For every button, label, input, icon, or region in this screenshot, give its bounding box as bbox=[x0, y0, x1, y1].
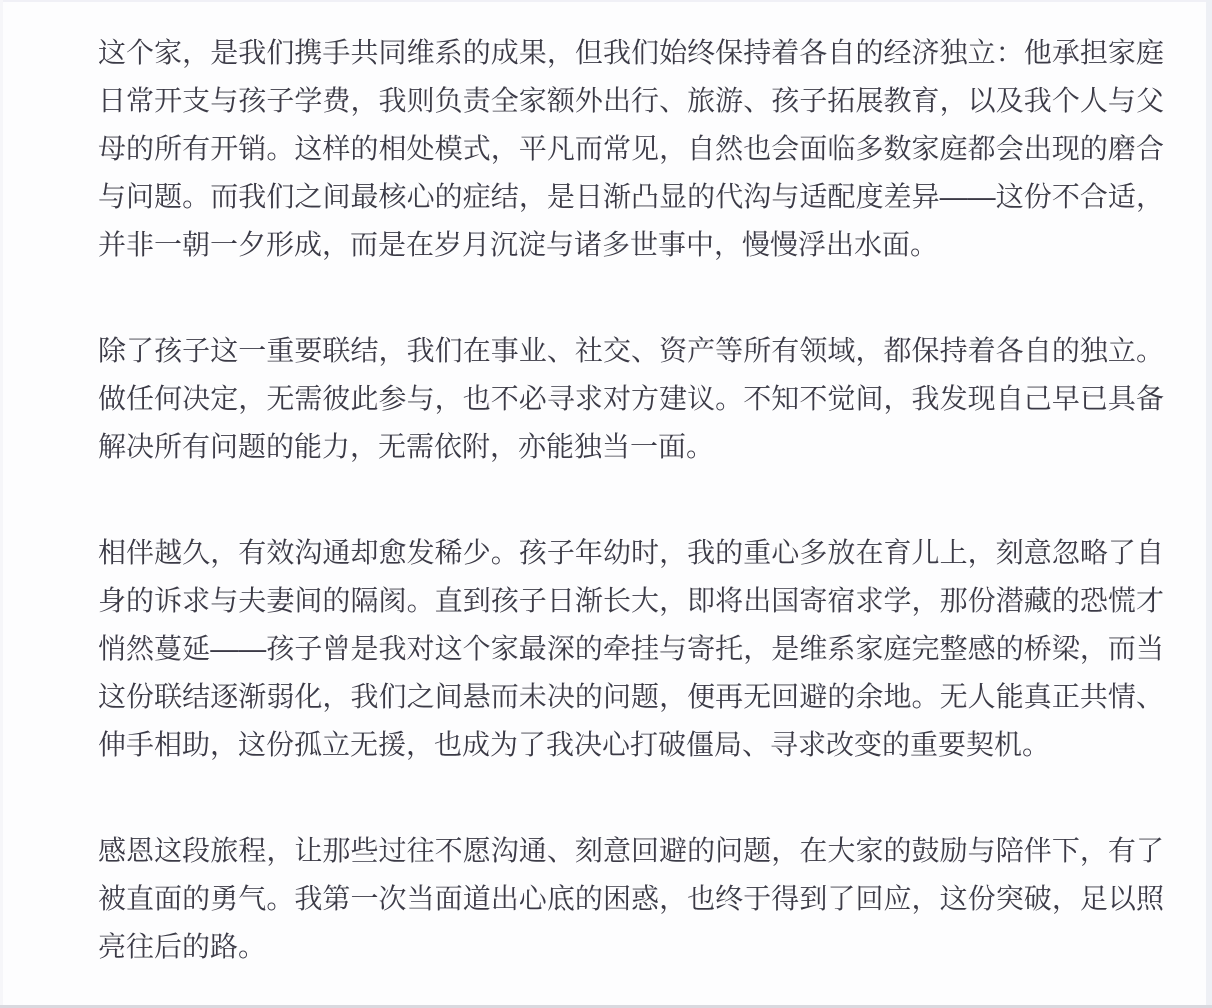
paragraph-gratitude: 感恩这段旅程，让那些过往不愿沟通、刻意回避的问题，在大家的鼓励与陪伴下，有了被直… bbox=[98, 827, 1164, 971]
paragraph-independence: 除了孩子这一重要联结，我们在事业、社交、资产等所有领域，都保持着各自的独立。做任… bbox=[98, 327, 1164, 471]
document-page: 这个家，是我们携手共同维系的成果，但我们始终保持着各自的经济独立：他承担家庭日常… bbox=[0, 0, 1212, 1008]
article-body: 这个家，是我们携手共同维系的成果，但我们始终保持着各自的经济独立：他承担家庭日常… bbox=[98, 29, 1164, 971]
page-right-edge bbox=[1206, 0, 1212, 1008]
paragraph-family-finances: 这个家，是我们携手共同维系的成果，但我们始终保持着各自的经济独立：他承担家庭日常… bbox=[98, 29, 1164, 269]
paragraph-communication: 相伴越久，有效沟通却愈发稀少。孩子年幼时，我的重心多放在育儿上，刻意忽略了自身的… bbox=[98, 529, 1164, 769]
page-left-edge bbox=[0, 0, 3, 1008]
page-top-edge bbox=[0, 0, 1212, 2]
